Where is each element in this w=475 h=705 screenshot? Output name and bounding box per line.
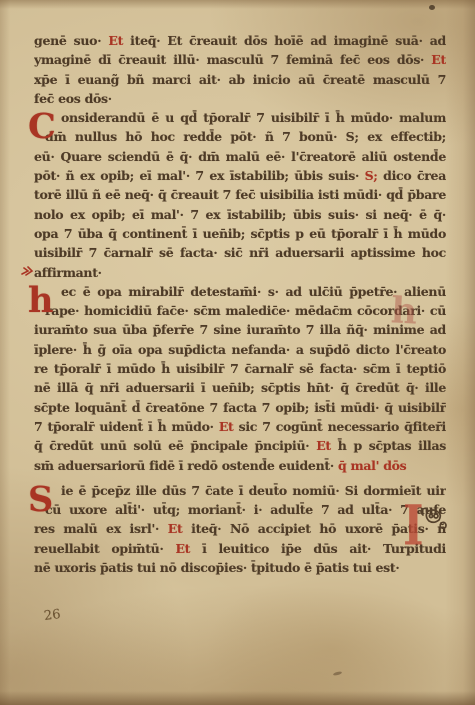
- text-line: ymaginē dī c̄reauit illū· masculū 7 femi…: [34, 50, 446, 69]
- rubricated-text: Et: [168, 521, 191, 536]
- ink-face-doodle-icon: [417, 505, 453, 539]
- text-line: affirmant·: [34, 263, 446, 282]
- text-line: genē suo· Et iteq̄· Et c̄reauit dōs hoīē…: [34, 31, 446, 50]
- text-line: nolo ex opib; eī mal'· 7 ex īstabilib; ū…: [34, 205, 446, 224]
- margin-guide-letter: h: [390, 291, 418, 330]
- drop-cap-initial: h: [28, 284, 53, 318]
- body-text: iteq̄· Et c̄reauit dōs hoīē ad imaginē s…: [130, 33, 446, 48]
- text-block: genē suo· Et iteq̄· Et c̄reauit dōs hoīē…: [34, 31, 446, 577]
- body-text: ymaginē dī c̄reauit illū· masculū 7 femi…: [34, 52, 431, 67]
- text-line: 7 tp̄oralr̄ uident̄ ī h̄ mūdo· Et sic 7 …: [34, 417, 446, 436]
- body-text: nē illā q̄ nr̄i aduersarii ī uen̄ib; sc̄…: [34, 380, 446, 395]
- body-text: ie ē p̄cep̄z ille dūs 7 c̄ate ī deut̄o n…: [61, 483, 446, 498]
- text-line: opa 7 ūba q̄ continent̄ ī uen̄ib; sc̄pti…: [34, 224, 446, 243]
- body-text: pōt· ñ ex opib; eī mal'· 7 ex īstabilib;…: [34, 168, 365, 183]
- drop-cap-initial: S: [28, 483, 53, 517]
- text-line: pōt· ñ ex opib; eī mal'· 7 ex īstabilib;…: [34, 166, 446, 185]
- body-text: h̄ p sc̄ptas illas: [338, 438, 446, 453]
- text-line: uisibilr̄ 7 c̄arnalr̄ sē facta· sic̄ nr̄…: [34, 243, 446, 262]
- text-line: iuram̄to sua ūba p̄ferr̄e 7 sine iuram̄t…: [34, 320, 446, 339]
- text-line: onsiderandū ē u qd̄ tp̄oralr̄ 7 uisibilr…: [34, 108, 446, 127]
- folio-number: 26: [43, 607, 61, 624]
- paragraph: Sie ē p̄cep̄z ille dūs 7 c̄ate ī deut̄o …: [34, 481, 446, 577]
- text-line: ec ē opa mirabilr̄ detestam̄i· s· ad ulc…: [34, 282, 446, 301]
- text-line: nē uxoris p̄atis tui nō discop̄ies· t̄pi…: [34, 558, 446, 577]
- text-line: eū· Quare sciendū ē q̄· dm̄ malū eē· l'c…: [34, 147, 446, 166]
- body-text: 7 tp̄oralr̄ uident̄ ī h̄ mūdo·: [34, 419, 219, 434]
- text-line: dm̄ nullus hō hoc redd̄e pōt· ñ 7 bonū· …: [34, 127, 446, 146]
- text-line: fec̄ eos dōs·: [34, 89, 446, 108]
- body-text: uisibilr̄ 7 c̄arnalr̄ sē facta· sic̄ nr̄…: [34, 245, 446, 260]
- text-line: īplere· h̄ ḡ oīa opa sup̄dicta nefanda· …: [34, 340, 446, 359]
- body-text: nolo ex opib; eī mal'· 7 ex īstabilib; ū…: [34, 207, 446, 222]
- rubricated-text: S;: [365, 168, 384, 183]
- body-text: onsiderandū ē u qd̄ tp̄oralr̄ 7 uisibilr…: [61, 110, 446, 125]
- text-line: ie ē p̄cep̄z ille dūs 7 c̄ate ī deut̄o n…: [34, 481, 446, 500]
- rubricated-text: Et: [175, 541, 202, 556]
- rubricated-text: Et: [108, 33, 130, 48]
- text-line: reuellabit opim̄tū· Et ī leuitico ip̄e d…: [34, 539, 446, 558]
- body-text: fec̄ eos dōs·: [34, 91, 112, 106]
- parchment-blemish: [333, 671, 342, 676]
- body-text: sm̄ aduersariorū fidē ī redō ostend̄e eu…: [34, 458, 338, 473]
- body-text: genē suo·: [34, 33, 108, 48]
- body-text: q̄ c̄redūt unū solū eē p̄ncipale p̄ncipi…: [34, 438, 316, 453]
- body-text: dm̄ nullus hō hoc redd̄e pōt· ñ 7 bonū· …: [45, 129, 446, 146]
- text-line: nē illā q̄ nr̄i aduersarii ī uen̄ib; sc̄…: [34, 378, 446, 397]
- body-text: iuram̄to sua ūba p̄ferr̄e 7 sine iuram̄t…: [34, 322, 446, 337]
- paragraph: Considerandū ē u qd̄ tp̄oralr̄ 7 uisibil…: [34, 108, 446, 282]
- body-text: dico c̄rea: [383, 168, 446, 183]
- body-text: reuellabit opim̄tū·: [34, 541, 175, 556]
- body-text: sc̄pte loquānt̄ d̄ c̄reatōne 7 facta 7 o…: [34, 400, 446, 415]
- manuscript-page: genē suo· Et iteq̄· Et c̄reauit dōs hoīē…: [0, 0, 475, 705]
- body-text: eū· Quare sciendū ē q̄· dm̄ malū eē· l'c…: [34, 149, 446, 166]
- body-text: īplere· h̄ ḡ oīa opa sup̄dicta nefanda· …: [34, 342, 446, 357]
- body-text: xp̄e ī euang̃ bñ marci ait· ab inicio aū…: [34, 72, 446, 89]
- ink-speck: [429, 5, 435, 10]
- body-text: sic 7 cogūnt̄ necessario q̄fiter̄i: [239, 419, 446, 434]
- rubricated-text: Et: [431, 52, 446, 67]
- text-line: torē illū ñ eē neq̄· q̄ c̄reauit 7 fec̄ …: [34, 185, 446, 204]
- body-text: res malū ex isrl'·: [34, 521, 168, 536]
- paragraph: hec ē opa mirabilr̄ detestam̄i· s· ad ul…: [34, 282, 446, 475]
- text-line: q̄ c̄redūt unū solū eē p̄ncipale p̄ncipi…: [34, 436, 446, 455]
- body-text: torē illū ñ eē neq̄· q̄ c̄reauit 7 fec̄ …: [34, 187, 446, 202]
- red-flourish-mark-icon: [21, 262, 34, 281]
- body-text: nē uxoris p̄atis tui nō discop̄ies· t̄pi…: [34, 560, 399, 575]
- rubricated-text: Et: [316, 438, 338, 453]
- text-line: res malū ex isrl'· Et iteq̄· Nō accipiet…: [34, 519, 446, 538]
- body-text: opa 7 ūba q̄ continent̄ ī uen̄ib; sc̄pti…: [34, 226, 446, 241]
- body-text: re tp̄oralr̄ ī mūdo h̄ uisibilr̄ 7 c̄arn…: [34, 361, 446, 376]
- text-line: sm̄ aduersariorū fidē ī redō ostend̄e eu…: [34, 456, 446, 475]
- body-text: rape· homicidiū fac̄e· sc̄m maledic̄e· m…: [45, 303, 446, 318]
- text-line: cū uxore alt̄i'· ut̄q; moriant̄· i· adul…: [34, 500, 446, 519]
- text-line: sc̄pte loquānt̄ d̄ c̄reatōne 7 facta 7 o…: [34, 398, 446, 417]
- text-line: xp̄e ī euang̃ bñ marci ait· ab inicio aū…: [34, 70, 446, 89]
- drop-cap-initial: C: [28, 110, 56, 144]
- body-text: ec ē opa mirabilr̄ detestam̄i· s· ad ulc…: [61, 284, 446, 299]
- body-text: affirmant·: [34, 265, 102, 280]
- text-line: re tp̄oralr̄ ī mūdo h̄ uisibilr̄ 7 c̄arn…: [34, 359, 446, 378]
- body-text: cū uxore alt̄i'· ut̄q; moriant̄· i· adul…: [45, 502, 446, 517]
- rubricated-text: Et: [219, 419, 239, 434]
- paragraph: genē suo· Et iteq̄· Et c̄reauit dōs hoīē…: [34, 31, 446, 108]
- text-line: rape· homicidiū fac̄e· sc̄m maledic̄e· m…: [34, 301, 446, 320]
